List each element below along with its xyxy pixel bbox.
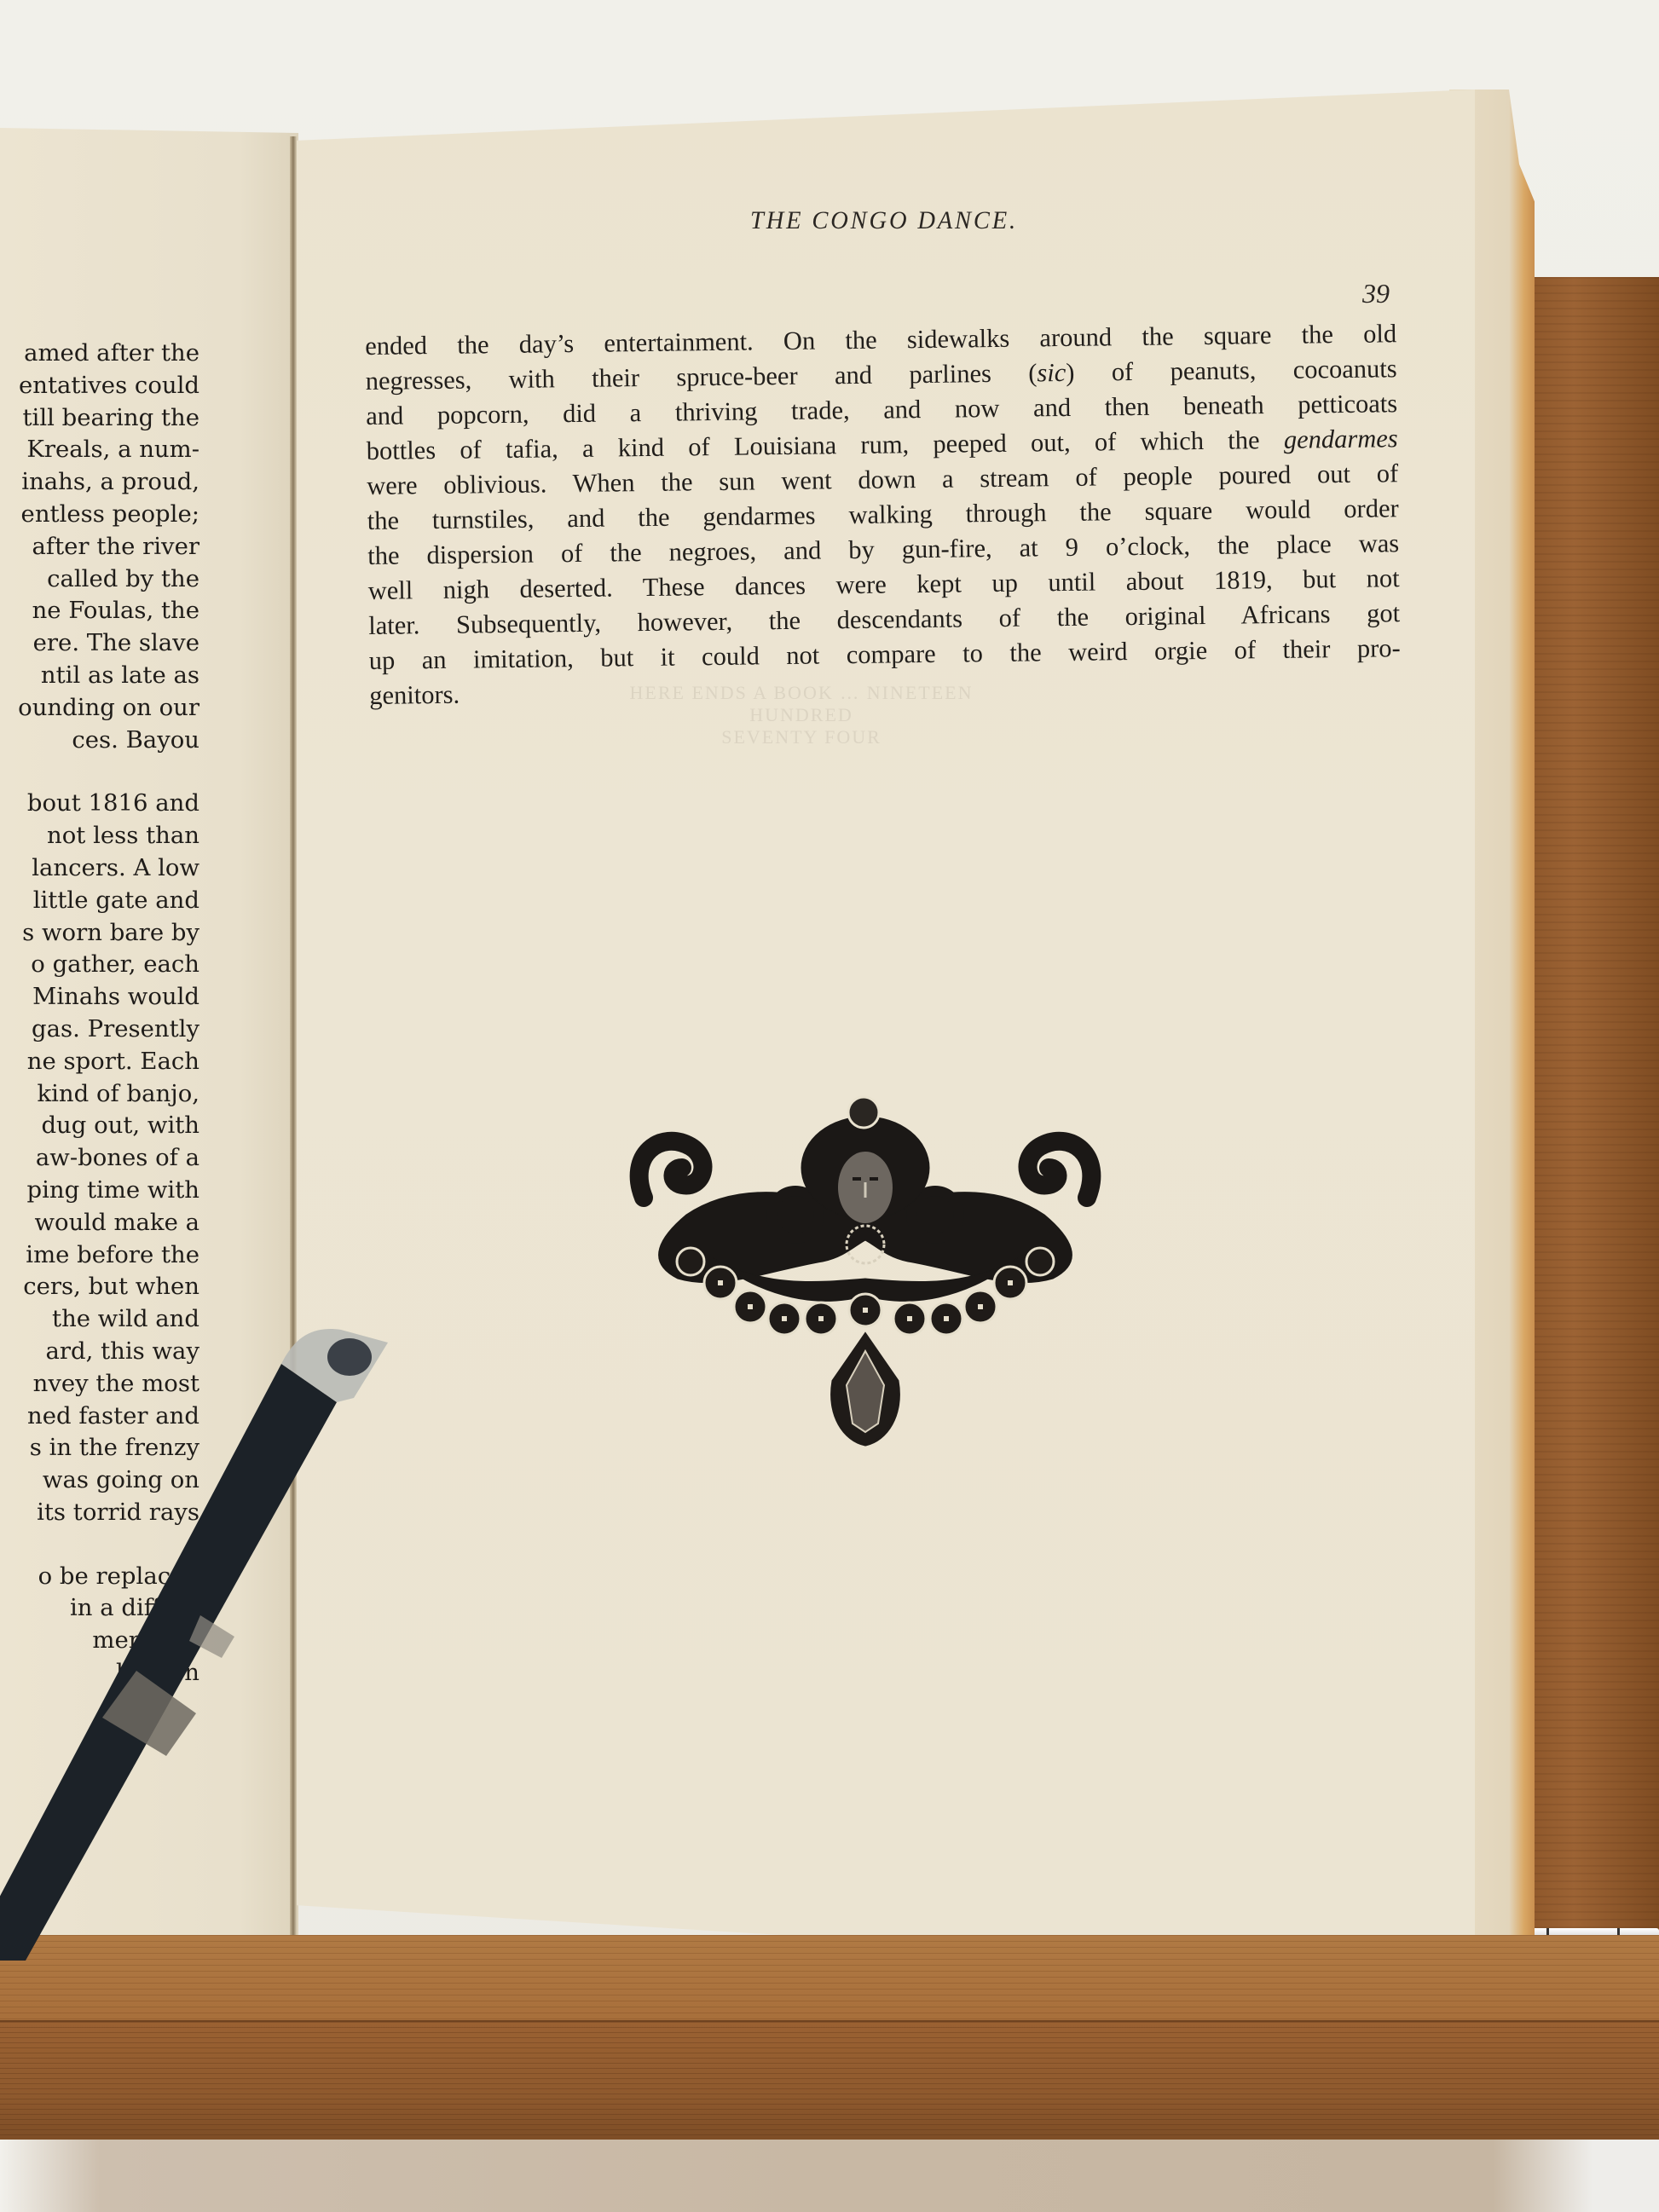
book-stand-back-panel: [1517, 277, 1659, 1931]
text-line: mence, a: [0, 1625, 199, 1657]
text-line: ime before the: [0, 1239, 199, 1272]
text-line: dug out, with: [0, 1110, 199, 1142]
below-shelf-area: [0, 2140, 1659, 2212]
text-line: inahs, a proud,: [0, 466, 199, 499]
text-line: lancers. A low: [0, 852, 199, 885]
jewel-brooch-ornament-icon: [610, 1087, 1121, 1462]
text-line: aw-bones of a: [0, 1142, 199, 1175]
text-line: ard, this way: [0, 1336, 199, 1368]
text-line: not less than: [0, 820, 199, 852]
text-line: ntil as late as: [0, 660, 199, 692]
text-line: s worn bare by: [0, 917, 199, 950]
text-line: entatives could: [0, 370, 199, 402]
text-line: its torrid rays: [0, 1497, 199, 1529]
text-line: Minahs would: [0, 981, 199, 1014]
shelf-ledge-top: [0, 1935, 1659, 2020]
text-line: in a differe: [0, 1592, 199, 1625]
page-number: 39: [1362, 278, 1390, 309]
text-line: called by the: [0, 563, 199, 596]
text-line: ping time with: [0, 1175, 199, 1207]
text-line: was going on: [0, 1464, 199, 1497]
text-line: would make a: [0, 1207, 199, 1239]
text-line: s in the frenzy: [0, 1432, 199, 1464]
text-line: broken: [0, 1657, 199, 1689]
text-line: ces. Bayou: [0, 725, 199, 757]
text-line: o gather, each: [0, 949, 199, 981]
text-line: ne sport. Each: [0, 1046, 199, 1078]
italic-word: gendarmes: [1284, 424, 1398, 454]
running-head: THE CONGO DANCE.: [750, 206, 1155, 235]
book-gutter: [290, 136, 297, 1943]
text-line: Kreals, a num-: [0, 434, 199, 466]
right-page-body: ended the day’s entertainment. On the si…: [365, 316, 1401, 713]
text-line: kind of banjo,: [0, 1078, 199, 1111]
text-line: bout 1816 and: [0, 788, 199, 820]
text-line: ounding on our: [0, 692, 199, 725]
left-page-body: amed after theentatives couldtill bearin…: [0, 338, 199, 1689]
text-line: gas. Presently: [0, 1014, 199, 1046]
text-line: entless people;: [0, 499, 199, 531]
text-line: ere. The slave: [0, 627, 199, 660]
italic-word: sic: [1037, 358, 1066, 387]
text-line: nvey the most: [0, 1368, 199, 1401]
text-line: little gate and: [0, 885, 199, 917]
shelf-ledge-front: [0, 2020, 1659, 2141]
text-line: after the river: [0, 531, 199, 563]
text-line: till bearing the: [0, 402, 199, 435]
text-line: the wild and: [0, 1303, 199, 1336]
text-line: ned faster and: [0, 1401, 199, 1433]
text-line: amed after the: [0, 338, 199, 370]
text-line: cers, but when: [0, 1271, 199, 1303]
text-line: ne Foulas, the: [0, 595, 199, 627]
text-line: o be replaced: [0, 1561, 199, 1593]
